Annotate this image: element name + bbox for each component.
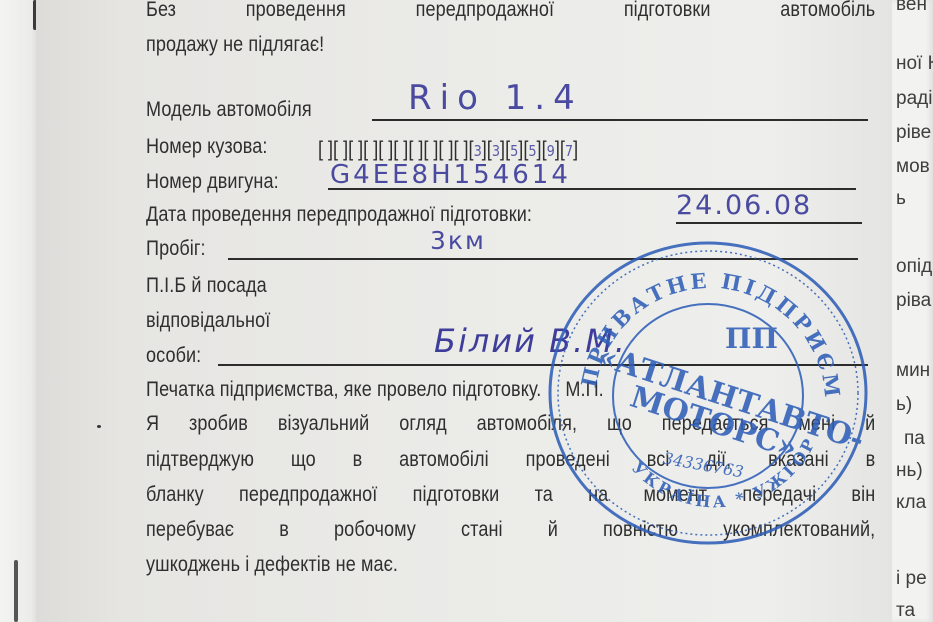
prep-date-label: Дата проведення передпродажної підготовк… xyxy=(146,203,532,227)
body-number-empty-boxes: [ ][ ][ ][ ][ ][ ][ ][ ][ ][ ] xyxy=(318,138,469,161)
engine-number-label: Номер двигуна: xyxy=(146,170,279,194)
seal-line: Печатка підприємства, яке провело підгот… xyxy=(146,378,604,402)
body-number-boxes: [ ][ ][ ][ ][ ][ ][ ][ ][ ][ ][3][3][5][… xyxy=(318,138,578,162)
prep-date-underline xyxy=(676,222,862,224)
paper-speck xyxy=(97,425,101,428)
adjacent-fragment: вен xyxy=(896,0,927,16)
stamp-code: 34336763 xyxy=(662,449,745,482)
model-value: Rio 1.4 xyxy=(408,78,583,118)
body-number-digit-box: [5] xyxy=(505,138,523,161)
body-number-digit-box: [3] xyxy=(469,138,487,161)
adjacent-fragment: ь xyxy=(896,188,906,210)
company-stamp: ПРИВАТНЕ ПІДПРИЄМСТВО УКРАЇНА * УЖГОРОД … xyxy=(540,228,870,548)
warning-line-2: продажу не підлягає! xyxy=(146,33,324,57)
adjacent-fragment: ріве xyxy=(896,122,931,144)
adjacent-fragment: опід xyxy=(896,256,932,278)
adjacent-fragment: нь) xyxy=(896,460,923,482)
engine-number-value: G4EE8H154614 xyxy=(330,160,571,190)
adjacent-fragment: та xyxy=(896,600,915,622)
body-number-digit-box: [5] xyxy=(523,138,541,161)
adjacent-fragment: кла xyxy=(896,492,926,514)
responsible-label-2: відповідальної xyxy=(146,309,270,333)
adjacent-fragment: ної К xyxy=(896,53,933,75)
adjacent-fragment: радіа xyxy=(896,88,933,110)
adjacent-fragment: па xyxy=(904,428,925,450)
model-label: Модель автомобіля xyxy=(146,98,312,122)
warning-line-1: Без проведення передпродажної підготовки… xyxy=(146,0,875,22)
adjacent-fragment: і ре xyxy=(896,568,927,590)
prep-date-value: 24.06.08 xyxy=(676,190,812,221)
mileage-label: Пробіг: xyxy=(146,237,206,261)
adjacent-fragment: мов xyxy=(896,156,930,178)
body-number-digit-box: [3] xyxy=(487,138,505,161)
responsible-label-1: П.І.Б й посада xyxy=(146,274,267,298)
left-margin-strip xyxy=(0,0,38,622)
statement-line-5: ушкоджень і дефектів не має. xyxy=(146,553,398,577)
model-underline xyxy=(372,119,868,121)
adjacent-page: вен ної К радіа ріве мов ь опід ріва мин… xyxy=(892,0,933,622)
mileage-value: 3км xyxy=(430,226,486,255)
adjacent-fragment: ріва xyxy=(896,290,931,312)
responsible-label-3: особи: xyxy=(146,344,201,368)
body-number-label: Номер кузова: xyxy=(146,135,267,159)
adjacent-fragment: мин xyxy=(896,360,930,382)
body-number-filled-boxes: [3][3][5][5][9][7] xyxy=(469,138,579,161)
body-number-digit-box: [7] xyxy=(560,138,578,161)
stamp-center-line-1: ПП xyxy=(725,322,778,355)
body-number-digit-box: [9] xyxy=(542,138,560,161)
seal-line-text: Печатка підприємства, яке провело підгот… xyxy=(146,378,541,401)
adjacent-fragment: ь) xyxy=(896,394,912,416)
staple-bottom xyxy=(14,560,18,622)
